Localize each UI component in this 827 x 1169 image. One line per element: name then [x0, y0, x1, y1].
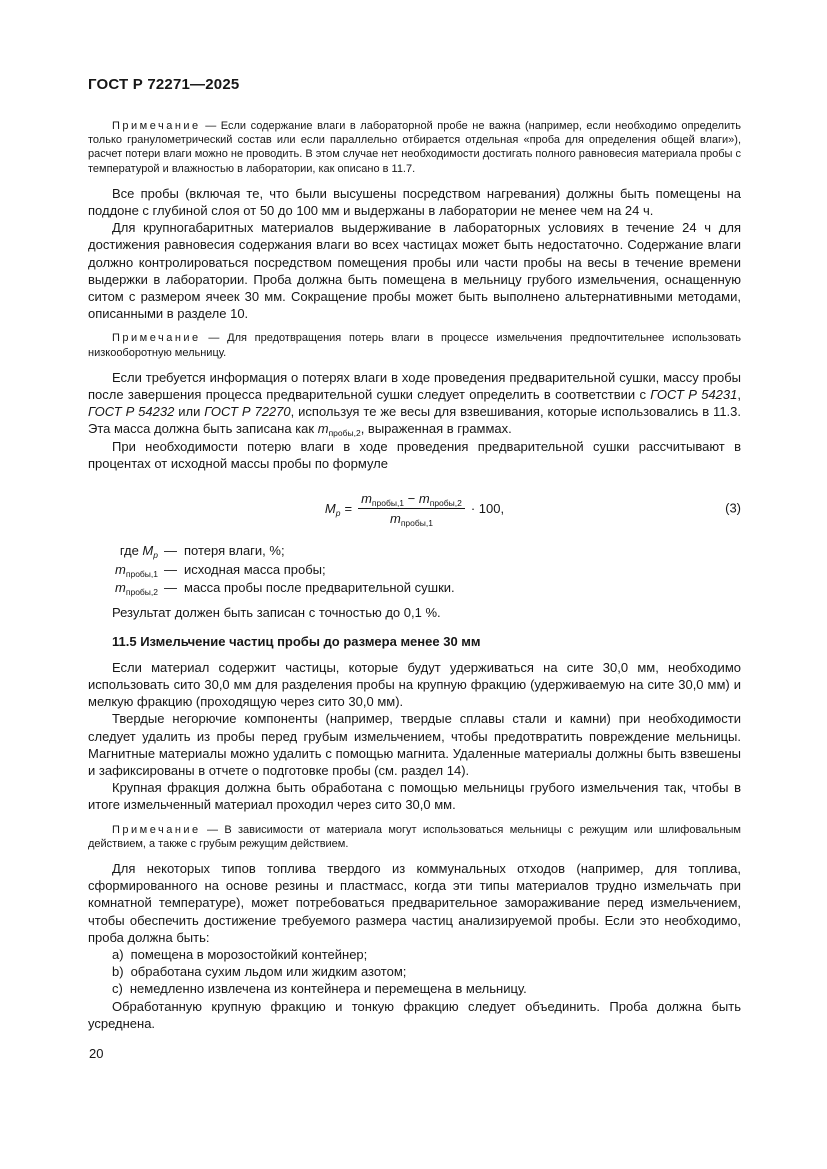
section-heading-11-5: 11.5 Измельчение частиц пробы до размера… [88, 634, 741, 649]
lettered-list: a)помещена в морозостойкий контейнер; b)… [88, 946, 741, 998]
definition-dash: — [164, 579, 177, 598]
gost-reference: ГОСТ Р 54232 [88, 404, 174, 419]
paragraph-non-combustible: Твердые негорючие компоненты (например, … [88, 710, 741, 779]
variable-M: M [142, 543, 153, 558]
list-marker: c) [112, 980, 123, 997]
variable-subscript: пробы,2 [126, 587, 158, 597]
where-intro: где [120, 543, 143, 558]
gost-reference: ГОСТ Р 54231 [650, 387, 737, 402]
list-item-b: b)обработана сухим льдом или жидким азот… [88, 963, 741, 980]
equals-sign: = [344, 501, 352, 516]
note-low-speed-mill: Примечание — Для предотвращения потерь в… [88, 331, 741, 359]
where-variable: mпробы,2 [88, 579, 158, 598]
variable-definitions: где Mp — потеря влаги, %; mпробы,1 — исх… [88, 542, 741, 598]
variable-subscript: пробы,2 [329, 428, 361, 438]
variable-subscript: пробы,1 [401, 518, 433, 528]
variable-subscript: пробы,1 [372, 498, 404, 508]
fraction-numerator: mпробы,1 − mпробы,2 [358, 491, 465, 509]
note-label: Примечание [112, 120, 201, 132]
fraction: mпробы,1 − mпробы,2 mпробы,1 [358, 491, 465, 526]
paragraph-freezing: Для некоторых типов топлива твердого из … [88, 860, 741, 946]
note-dash: — [201, 332, 227, 344]
fraction-denominator: mпробы,1 [358, 509, 465, 526]
list-item-a: a)помещена в морозостойкий контейнер; [88, 946, 741, 963]
note-label: Примечание [112, 824, 201, 836]
list-item-text: помещена в морозостойкий контейнер; [131, 947, 368, 962]
list-marker: b) [112, 963, 124, 980]
variable-m: m [115, 580, 126, 595]
note-mill-types: Примечание — В зависимости от материала … [88, 823, 741, 851]
gost-reference: ГОСТ Р 72270 [204, 404, 290, 419]
paragraph-sieve-30mm: Если материал содержит частицы, которые … [88, 659, 741, 711]
list-item-text: немедленно извлечена из контейнера и пер… [130, 981, 527, 996]
paragraph-coarse-fraction: Крупная фракция должна быть обработана с… [88, 779, 741, 813]
running-header-doc-code: ГОСТ Р 72271—2025 [88, 76, 741, 93]
variable-m: m [390, 511, 401, 526]
note-dash: — [201, 120, 221, 132]
list-item-c: c)немедленно извлечена из контейнера и п… [88, 980, 741, 997]
multiplier-100: · 100, [471, 501, 504, 516]
variable-subscript: пробы,1 [126, 569, 158, 579]
page-number: 20 [89, 1046, 103, 1061]
definition-text: масса пробы после предварительной сушки. [184, 579, 741, 598]
variable-M: M [325, 501, 336, 516]
minus-sign: − [408, 491, 416, 506]
definition-dash: — [164, 561, 177, 580]
definition-text: исходная масса пробы; [184, 561, 741, 580]
variable-m: m [115, 562, 126, 577]
paragraph-moisture-loss-info: Если требуется информация о потерях влаг… [88, 369, 741, 438]
formula-block: Mp = mпробы,1 − mпробы,2 mпробы,1 · 100,… [88, 486, 741, 530]
paragraph-all-samples-tray: Все пробы (включая те, что были высушены… [88, 185, 741, 219]
variable-subscript: p [153, 550, 158, 560]
paragraph-formula-intro: При необходимости потерю влаги в ходе пр… [88, 438, 741, 472]
page-content: ГОСТ Р 72271—2025 Примечание — Если соде… [88, 0, 741, 1032]
formula-number: (3) [725, 501, 741, 516]
formula-lhs: Mp [325, 501, 341, 516]
where-variable: mпробы,1 [88, 561, 158, 580]
paragraph-large-materials: Для крупногабаритных материалов выдержив… [88, 219, 741, 322]
document-page: ГОСТ Р 72271—2025 Примечание — Если соде… [0, 0, 827, 1169]
variable-subscript: p [336, 508, 341, 518]
variable-m: m [361, 491, 372, 506]
list-item-text: обработана сухим льдом или жидким азотом… [131, 964, 407, 979]
definition-text: потеря влаги, %; [184, 542, 741, 561]
variable-subscript: пробы,2 [430, 498, 462, 508]
note-moisture-not-important: Примечание — Если содержание влаги в лаб… [88, 119, 741, 176]
note-label: Примечание [112, 332, 201, 344]
variable-m: m [318, 421, 329, 436]
moisture-loss-formula: Mp = mпробы,1 − mпробы,2 mпробы,1 · 100, [325, 491, 504, 526]
text-run: Если требуется информация о потерях влаг… [88, 370, 741, 402]
where-variable: где Mp [88, 542, 158, 561]
note-dash: — [201, 824, 225, 836]
list-marker: a) [112, 946, 124, 963]
text-run: или [174, 404, 204, 419]
paragraph-result-precision: Результат должен быть записан с точность… [88, 604, 741, 621]
paragraph-combine-fractions: Обработанную крупную фракцию и тонкую фр… [88, 998, 741, 1032]
definition-dash: — [164, 542, 177, 561]
variable-m: m [419, 491, 430, 506]
where-row-m1: mпробы,1 — исходная масса пробы; [88, 561, 741, 580]
text-run: , выраженная в граммах. [361, 421, 512, 436]
where-row-Mp: где Mp — потеря влаги, %; [88, 542, 741, 561]
text-run: , [737, 387, 741, 402]
where-row-m2: mпробы,2 — масса пробы после предварител… [88, 579, 741, 598]
